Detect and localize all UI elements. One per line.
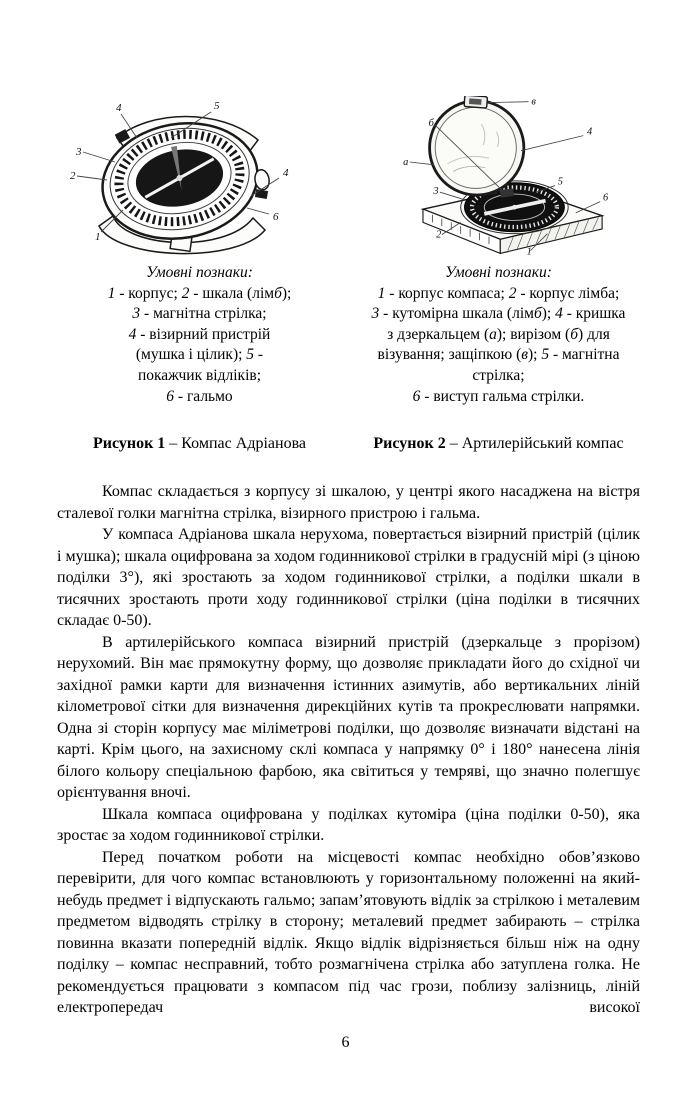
page-number: 6	[0, 1034, 691, 1052]
legend-title: Умовні познаки:	[372, 263, 626, 284]
figure-1-caption-title: – Компас Адріанова	[165, 435, 306, 452]
legend-line: 3 - магнітна стрілка;	[108, 304, 292, 325]
paragraph: Шкала компаса оцифрована у поділках куто…	[57, 804, 640, 847]
callout-label: 2	[436, 229, 441, 240]
callout-label: 6	[603, 193, 609, 204]
adrianov-compass-drawing: 4 5 3 2 4 6 1	[55, 96, 305, 261]
legend-line: (мушка і цілик); 5 -	[108, 345, 292, 366]
artillery-compass-drawing: в б а 4 3 5 6 2 1	[380, 96, 630, 261]
adrianov-compass-illustration: 4 5 3 2 4 6 1	[55, 96, 305, 262]
figure-2-caption: Рисунок 2 – Артилерійський компас	[373, 435, 623, 453]
callout-label: 2	[70, 170, 76, 182]
callout-label: в	[531, 96, 536, 107]
callout-label: б	[428, 118, 434, 129]
callout-label: 4	[587, 127, 592, 138]
legend-line: 6 - гальмо	[108, 387, 292, 408]
figure-2-caption-title: – Артилерійський компас	[446, 435, 624, 452]
callout-label: 5	[557, 177, 562, 188]
legend-line: з дзеркальцем (а); вирізом (б) для	[372, 325, 626, 346]
figure-1-legend: Умовні познаки: 1 - корпус; 2 - шкала (л…	[108, 263, 292, 407]
legend-line: 4 - візирний пристрій	[108, 325, 292, 346]
legend-line: покажчик відліків;	[108, 366, 292, 387]
figure-2-caption-number: Рисунок 2	[373, 435, 445, 452]
paragraph: В артилерійського компаса візирний прист…	[57, 632, 640, 804]
legend-line: 1 - корпус компаса; 2 - корпус лімба;	[372, 284, 626, 305]
paragraph: У компаса Адріанова шкала нерухома, пове…	[57, 524, 640, 632]
legend-line: 3 - кутомірна шкала (лімб); 4 - кришка	[372, 304, 626, 325]
figure-1-caption: Рисунок 1 – Компас Адріанова	[93, 435, 306, 453]
figures-row: 4 5 3 2 4 6 1 Умовні познаки: 1 - корпус…	[50, 96, 648, 453]
callout-label: 6	[273, 211, 279, 223]
paragraph: Перед початком роботи на місцевості комп…	[57, 847, 640, 1019]
figure-1-caption-number: Рисунок 1	[93, 435, 165, 452]
legend-line: візування; защіпкою (в); 5 - магнітна	[372, 345, 626, 366]
body-text: Компас складається з корпусу зі шкалою, …	[57, 481, 640, 1019]
callout-label: 4	[116, 102, 122, 114]
figure-1-column: 4 5 3 2 4 6 1 Умовні познаки: 1 - корпус…	[50, 96, 349, 453]
callout-label: 3	[75, 146, 82, 158]
figure-2-column: в б а 4 3 5 6 2 1 Умовні познаки: 1 - ко…	[349, 96, 648, 453]
callout-label: 1	[95, 231, 101, 243]
legend-line: 1 - корпус; 2 - шкала (лімб);	[108, 284, 292, 305]
callout-label: 4	[283, 167, 289, 179]
callout-label: а	[403, 157, 408, 168]
paragraph: Компас складається з корпусу зі шкалою, …	[57, 481, 640, 524]
figure-2-legend: Умовні познаки: 1 - корпус компаса; 2 - …	[372, 263, 626, 407]
callout-label: 5	[214, 100, 220, 112]
legend-line: стрілка;	[372, 366, 626, 387]
document-page: 4 5 3 2 4 6 1 Умовні познаки: 1 - корпус…	[0, 0, 691, 1106]
callout-label: 3	[432, 186, 438, 197]
legend-title: Умовні познаки:	[108, 263, 292, 284]
artillery-compass-illustration: в б а 4 3 5 6 2 1	[380, 96, 630, 262]
callout-label: 1	[526, 246, 531, 257]
legend-line: 6 - виступ гальма стрілки.	[372, 387, 626, 408]
